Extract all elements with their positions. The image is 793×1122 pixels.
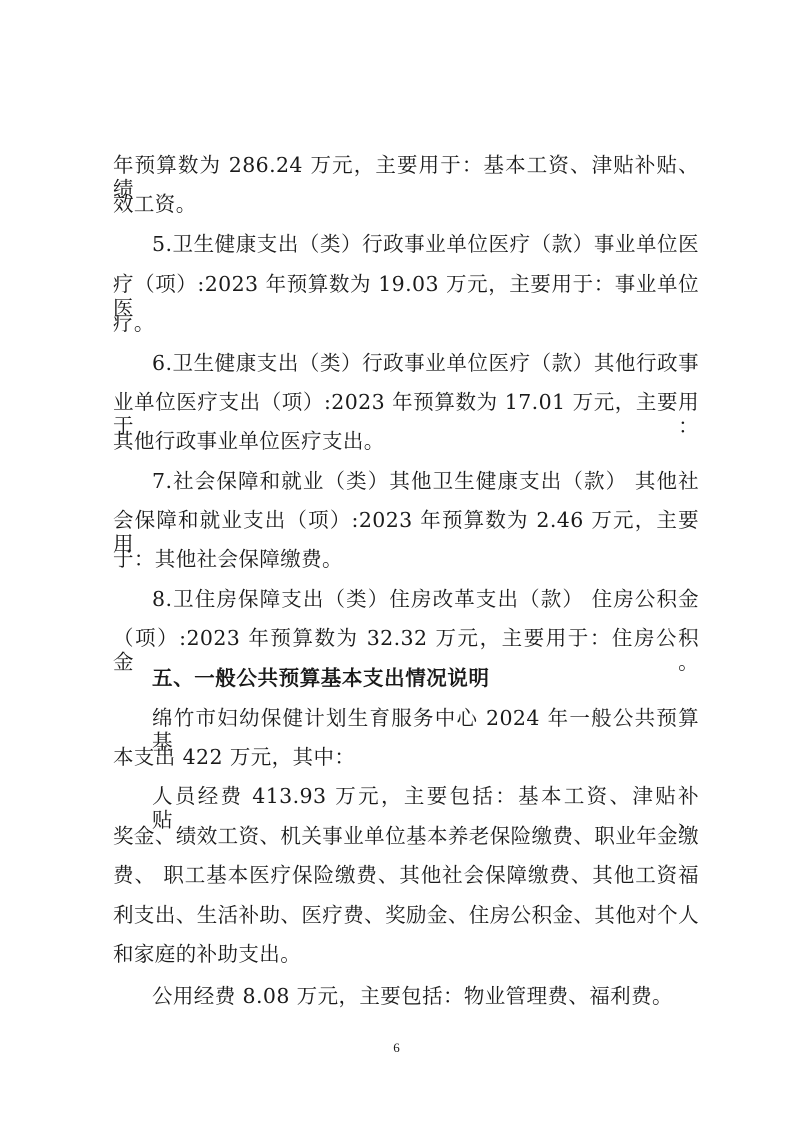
paragraph-line: 奖金、绩效工资、机关事业单位基本养老保险缴费、职业年金缴	[113, 824, 699, 848]
paragraph-line: 疗。	[113, 311, 699, 335]
page-number: 6	[0, 1040, 793, 1056]
paragraph-line: 效工资。	[113, 192, 699, 216]
paragraph-line: 5.卫生健康支出（类）行政事业单位医疗（款）事业单位医	[152, 232, 699, 256]
paragraph-line: 6.卫生健康支出（类）行政事业单位医疗（款）其他行政事	[152, 351, 699, 375]
paragraph-line: 本支出 422 万元，其中：	[113, 745, 699, 769]
paragraph-line: 于：其他社会保障缴费。	[113, 547, 699, 571]
paragraph-line: 8.卫住房保障支出（类）住房改革支出（款） 住房公积金	[152, 587, 699, 611]
paragraph-line: 其他行政事业单位医疗支出。	[113, 429, 699, 453]
paragraph-line: 公用经费 8.08 万元，主要包括：物业管理费、福利费。	[152, 984, 699, 1008]
paragraph-line: 利支出、生活补助、医疗费、奖励金、住房公积金、其他对个人	[113, 903, 699, 927]
paragraph-line: 7.社会保障和就业（类）其他卫生健康支出（款） 其他社	[152, 469, 699, 493]
paragraph-line: 和家庭的补助支出。	[113, 942, 699, 966]
paragraph-line: 费、 职工基本医疗保险缴费、其他社会保障缴费、其他工资福	[113, 863, 699, 887]
section-heading: 五、一般公共预算基本支出情况说明	[152, 666, 699, 690]
